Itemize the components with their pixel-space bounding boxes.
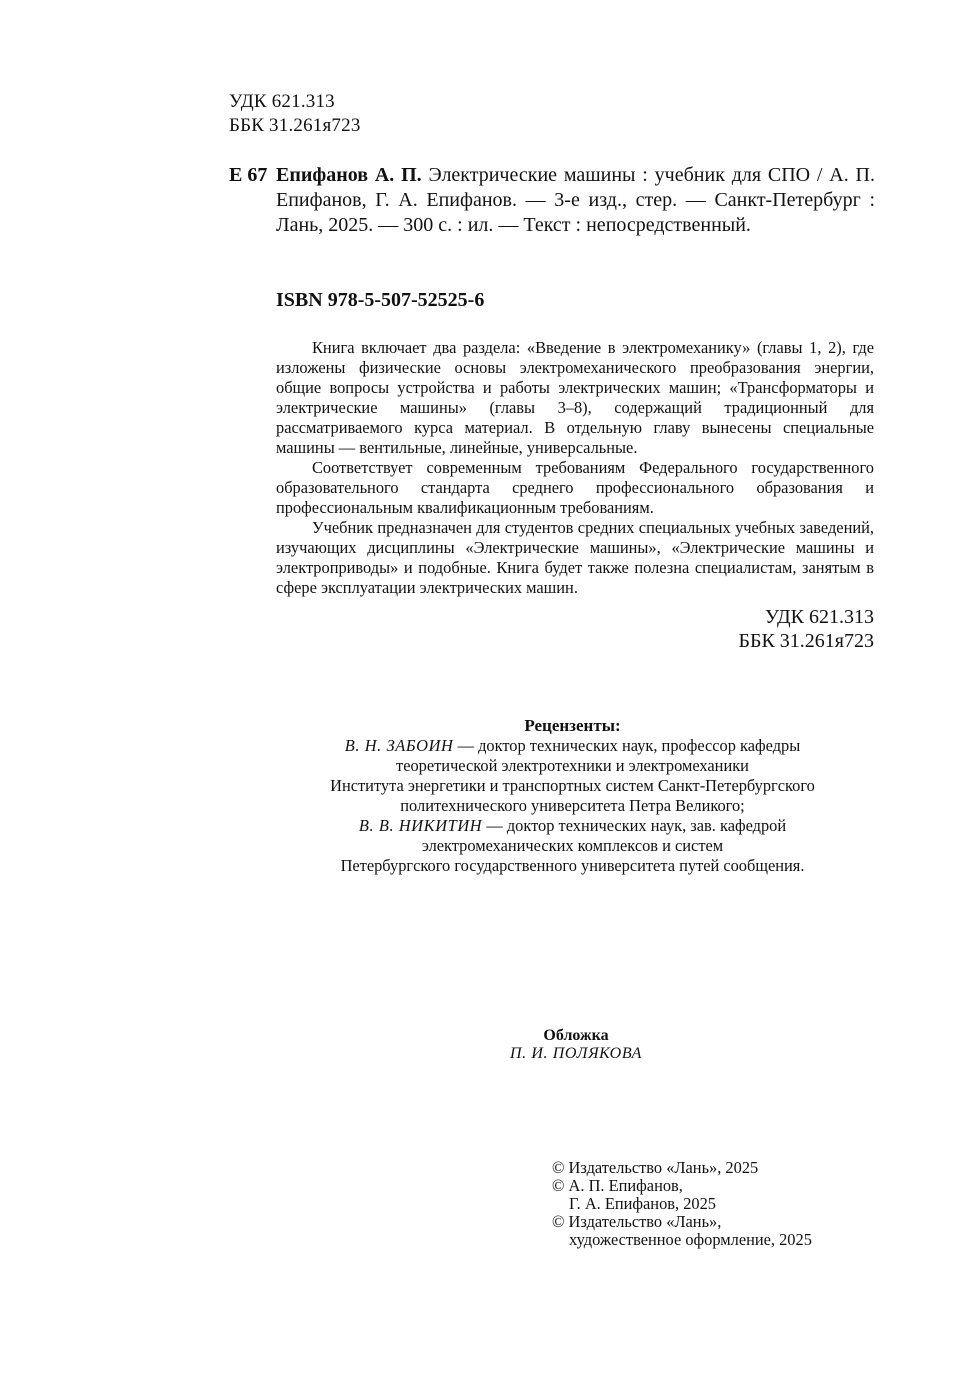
copyright-line: © Издательство «Лань», bbox=[552, 1213, 812, 1231]
annotation-paragraph: Соответствует современным требованиям Фе… bbox=[276, 458, 874, 518]
copyrights: © Издательство «Лань», 2025 © А. П. Епиф… bbox=[552, 1159, 812, 1249]
reviewer-affiliation: Петербургского государственного универси… bbox=[200, 856, 945, 876]
bbk-code: ББК 31.261я723 bbox=[229, 114, 361, 138]
reviewers-heading: Рецензенты: bbox=[200, 716, 945, 736]
record-author: Епифанов А. П. bbox=[276, 164, 422, 186]
reviewer-title: — доктор технических наук, профессор каф… bbox=[453, 736, 800, 755]
reviewer-name: В. В. НИКИТИН bbox=[359, 816, 482, 835]
bibliographic-record: Е 67 Епифанов А. П. Электрические машины… bbox=[229, 163, 875, 238]
reviewer-affiliation: политехнического университета Петра Вели… bbox=[200, 796, 945, 816]
copyright-line: © А. П. Епифанов, bbox=[552, 1177, 812, 1195]
annotation-paragraph: Книга включает два раздела: «Введение в … bbox=[276, 338, 874, 458]
reviewer-title: — доктор технических наук, зав. кафедрой bbox=[482, 816, 786, 835]
cover-designer: П. И. ПОЛЯКОВА bbox=[476, 1045, 676, 1063]
udk-code: УДК 621.313 bbox=[229, 90, 361, 114]
cover-label: Обложка bbox=[476, 1027, 676, 1045]
annotation: Книга включает два раздела: «Введение в … bbox=[276, 338, 874, 598]
record-body: Епифанов А. П. Электрические машины : уч… bbox=[276, 163, 875, 238]
reviewer-1: В. Н. ЗАБОИН — доктор технических наук, … bbox=[200, 736, 945, 816]
copyright-line: Г. А. Епифанов, 2025 bbox=[552, 1195, 812, 1213]
classification-bottom: УДК 621.313 ББК 31.261я723 bbox=[738, 605, 874, 653]
reviewer-affiliation: электромеханических комплексов и систем bbox=[200, 836, 945, 856]
annotation-paragraph: Учебник предназначен для студентов средн… bbox=[276, 518, 874, 598]
reviewers: Рецензенты: В. Н. ЗАБОИН — доктор технич… bbox=[200, 716, 945, 876]
copyright-line: © Издательство «Лань», 2025 bbox=[552, 1159, 812, 1177]
reviewer-2: В. В. НИКИТИН — доктор технических наук,… bbox=[200, 816, 945, 876]
author-sign-code: Е 67 bbox=[229, 163, 267, 188]
copyright-line: художественное оформление, 2025 bbox=[552, 1231, 812, 1249]
bbk-code: ББК 31.261я723 bbox=[738, 629, 874, 653]
reviewer-affiliation: теоретической электротехники и электроме… bbox=[200, 756, 945, 776]
isbn: ISBN 978-5-507-52525-6 bbox=[276, 288, 484, 313]
cover-credit: Обложка П. И. ПОЛЯКОВА bbox=[476, 1027, 676, 1063]
reviewer-affiliation: Института энергетики и транспортных сист… bbox=[200, 776, 945, 796]
udk-code: УДК 621.313 bbox=[738, 605, 874, 629]
classification-top: УДК 621.313 ББК 31.261я723 bbox=[229, 90, 361, 138]
reviewer-name: В. Н. ЗАБОИН bbox=[345, 736, 454, 755]
